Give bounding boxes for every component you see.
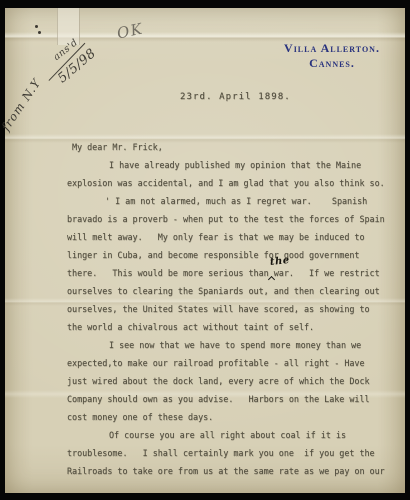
ink-dots: [35, 25, 38, 28]
letter-line: will melt away. My only fear is that we …: [67, 228, 395, 246]
inserted-word-anchor: thewar.: [274, 268, 294, 278]
letter-body: My dear Mr. Frick,I have already publish…: [67, 138, 395, 480]
letter-line: ourselves to clearing the Spaniards out,…: [67, 282, 395, 300]
letter-line: ' I am not alarmed, much as I regret war…: [67, 192, 395, 210]
handwritten-insertion: the: [269, 256, 290, 268]
letter-line: troublesome. I shall certainly mark you …: [67, 444, 395, 462]
letter-line: I have already published my opinion that…: [67, 156, 395, 174]
letter-line: explosion was accidental, and I am glad …: [67, 174, 395, 192]
letter-line: My dear Mr. Frick,: [67, 138, 395, 156]
scan-background: from N.Y ans'd 5/5/98 OK Villa Allerton.…: [0, 0, 410, 500]
letter-line: just wired about the dock land, every ac…: [67, 372, 395, 390]
annotation-from-ny: from N.Y: [0, 77, 43, 133]
letter-line: ourselves, the United States will have s…: [67, 300, 395, 318]
letter-line: Of course you are all right about coal i…: [67, 426, 395, 444]
letterhead-city: Cannes.: [267, 56, 397, 70]
annotation-ok: OK: [116, 21, 145, 41]
letterhead: Villa Allerton. Cannes.: [267, 41, 397, 70]
letter-line: Company should own as you advise. Harbor…: [67, 390, 395, 408]
letter-line: bravado is a proverb - when put to the t…: [67, 210, 395, 228]
letter-paper: from N.Y ans'd 5/5/98 OK Villa Allerton.…: [5, 8, 405, 493]
letterhead-villa: Villa Allerton.: [267, 41, 397, 55]
letter-line: Railroads to take ore from us at the sam…: [67, 462, 395, 480]
date-line: 23rd. April 1898.: [180, 92, 291, 102]
letter-line: expected,to make our railroad profitable…: [67, 354, 395, 372]
letter-line: linger in Cuba, and become responsible f…: [67, 246, 395, 264]
letter-line: cost money one of these days.: [67, 408, 395, 426]
letter-line: I see now that we have to spend more mon…: [67, 336, 395, 354]
letter-line: there. This would be more serious than t…: [67, 264, 395, 282]
letter-line: the world a chivalrous act without taint…: [67, 318, 395, 336]
